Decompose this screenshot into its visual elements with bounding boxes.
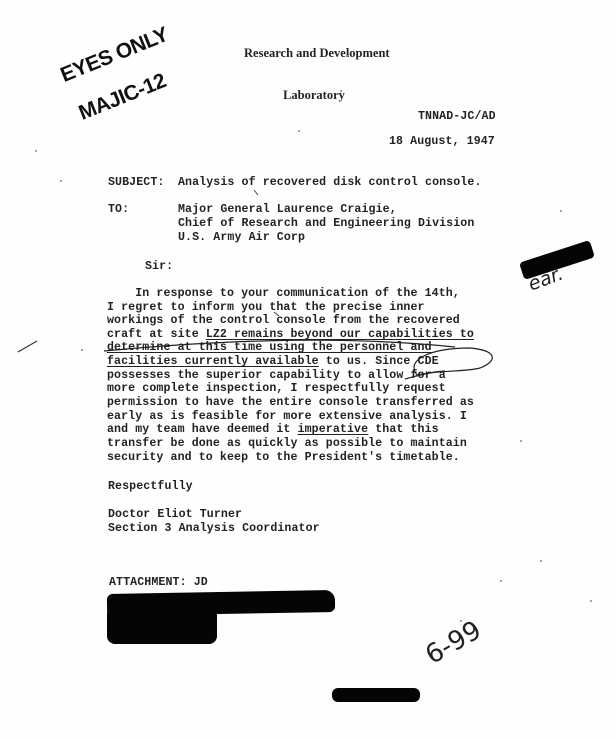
speckle <box>340 90 342 92</box>
speckle <box>460 620 462 622</box>
speckle <box>590 600 592 602</box>
speckle <box>298 130 300 132</box>
pen-marks <box>0 0 616 738</box>
speckle <box>560 210 562 212</box>
speckle <box>346 55 348 57</box>
speckle <box>500 580 502 582</box>
speckle <box>520 440 522 442</box>
document-page: Research and Development Laboratory EYES… <box>0 0 616 738</box>
speckle <box>60 180 62 182</box>
speckle <box>35 150 37 152</box>
speckle <box>540 560 542 562</box>
speckle <box>81 349 83 351</box>
